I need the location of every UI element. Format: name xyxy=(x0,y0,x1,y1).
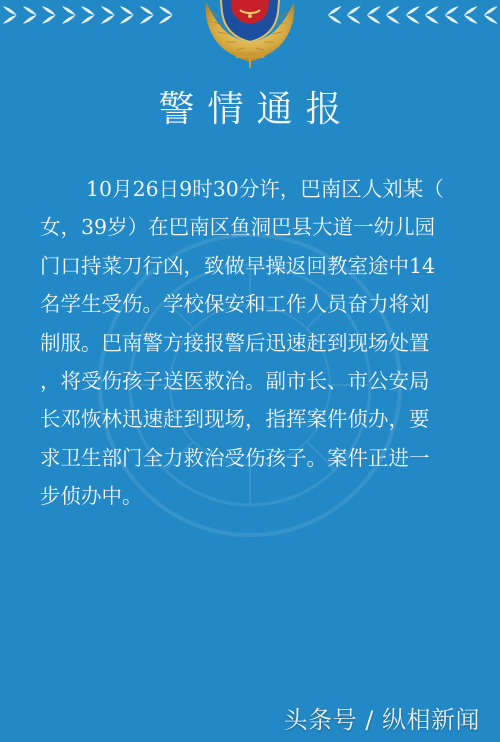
body-line: 制服。巴南警方接报警后迅速赶到现场处置 xyxy=(40,324,462,362)
wheat-chevron-right-icon xyxy=(20,3,40,27)
page-title: 警情通报 xyxy=(0,88,500,132)
announcement-body: 10月26日9时30分许，巴南区人刘某（ 女，39岁）在巴南区鱼洞巴县大道一幼儿… xyxy=(40,170,462,516)
left-chevron-row xyxy=(0,3,176,27)
body-line: 步侦办中。 xyxy=(40,477,462,515)
wheat-chevron-right-icon xyxy=(0,3,20,27)
wheat-chevron-left-icon xyxy=(344,3,364,27)
right-chevron-row xyxy=(325,3,500,27)
body-line: 门口持菜刀行凶，致做早操返回教室途中14 xyxy=(40,247,462,285)
wheat-chevron-left-icon xyxy=(442,3,462,27)
wheat-chevron-right-icon xyxy=(39,3,59,27)
wheat-chevron-left-icon xyxy=(383,3,403,27)
police-badge-emblem-icon xyxy=(198,0,302,68)
wheat-chevron-right-icon xyxy=(98,3,118,27)
body-line: 女，39岁）在巴南区鱼洞巴县大道一幼儿园 xyxy=(40,208,462,246)
wheat-chevron-right-icon xyxy=(117,3,137,27)
body-line: 名学生受伤。学校保安和工作人员奋力将刘 xyxy=(40,285,462,323)
wheat-chevron-right-icon xyxy=(59,3,79,27)
body-line: 求卫生部门全力救治受伤孩子。案件正进一 xyxy=(40,439,462,477)
wheat-chevron-left-icon xyxy=(461,3,481,27)
source-watermark: 头条号 / 纵相新闻 xyxy=(284,700,480,735)
body-line: 10月26日9时30分许，巴南区人刘某（ xyxy=(40,170,462,208)
wheat-chevron-left-icon xyxy=(325,3,345,27)
wheat-chevron-left-icon xyxy=(422,3,442,27)
wheat-chevron-right-icon xyxy=(156,3,176,27)
wheat-chevron-left-icon xyxy=(364,3,384,27)
body-line: 长邓恢林迅速赶到现场，指挥案件侦办，要 xyxy=(40,400,462,438)
wheat-chevron-right-icon xyxy=(78,3,98,27)
wheat-chevron-left-icon xyxy=(403,3,423,27)
wheat-chevron-left-icon xyxy=(481,3,500,27)
wheat-chevron-right-icon xyxy=(137,3,157,27)
body-line: ，将受伤孩子送医救治。副市长、市公安局 xyxy=(40,362,462,400)
